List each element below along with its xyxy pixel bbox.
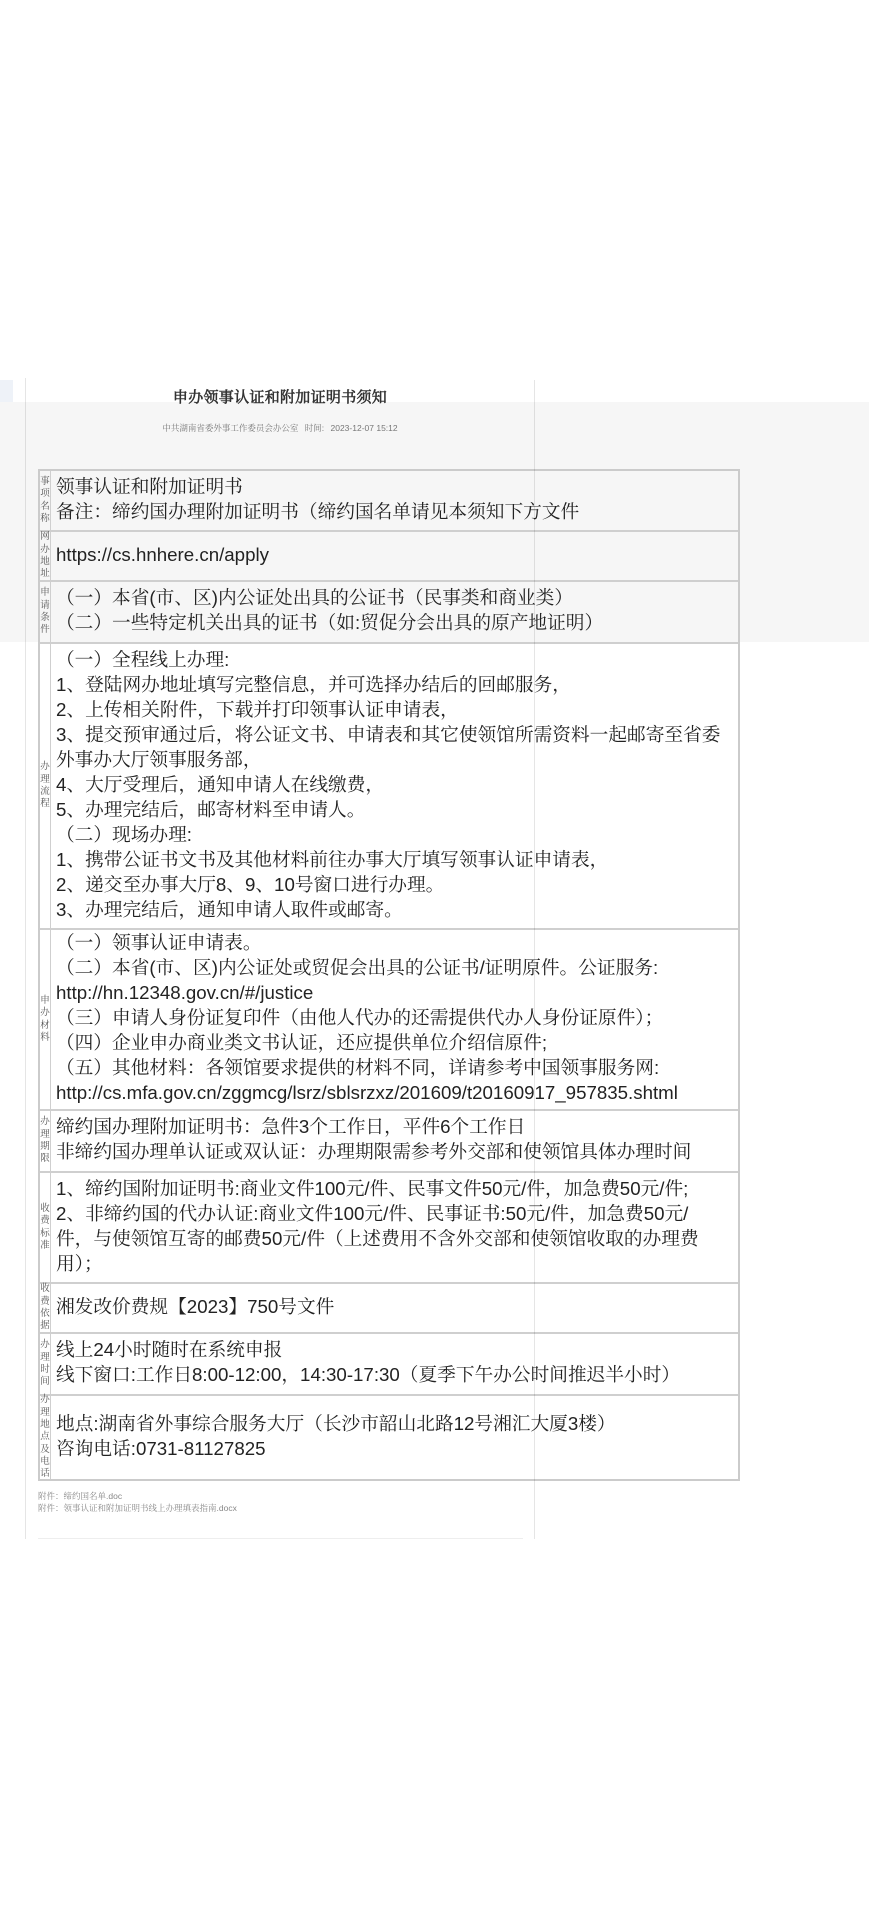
row-content: （一）全程线上办理: 1、登陆网办地址填写完整信息，并可选择办结后的回邮服务， …	[51, 644, 738, 928]
content-line: 湘发改价费规【2023】750号文件	[56, 1294, 738, 1319]
content-line: （一）全程线上办理:	[56, 647, 738, 672]
attachment-list: 附件：缔约国名单.doc 附件：领事认证和附加证明书线上办理填表指南.docx	[38, 1490, 237, 1514]
page-column-divider	[534, 380, 535, 1539]
content-line: 3、提交预审通过后，将公证文书、申请表和其它使领馆所需资料一起邮寄至省委	[56, 722, 738, 747]
content-line: 缔约国办理附加证明书：急件3个工作日，平件6个工作日	[56, 1114, 738, 1139]
table-row-location-phone: 办理地点及电话 地点:湖南省外事综合服务大厅（长沙市韶山北路12号湘汇大厦3楼）…	[40, 1394, 738, 1479]
publisher: 中共湖南省委外事工作委员会办公室	[162, 423, 298, 433]
row-label: 收费依据	[40, 1283, 50, 1332]
content-line: 地点:湖南省外事综合服务大厅（长沙市韶山北路12号湘汇大厦3楼）	[56, 1411, 738, 1436]
content-line: 线下窗口:工作日8:00-12:00，14:30-17:30（夏季下午办公时间推…	[56, 1362, 738, 1387]
row-label: 事项名称	[40, 476, 50, 525]
row-label-cell: 办理地点及电话	[40, 1396, 51, 1479]
content-line: 用）；	[56, 1251, 738, 1276]
notary-service-url: http://hn.12348.gov.cn/#/justice	[56, 980, 738, 1005]
content-line: （二）一些特定机关出具的证书（如:贸促分会出具的原产地证明）	[56, 610, 738, 635]
attachment-filename[interactable]: 领事认证和附加证明书线上办理填表指南.docx	[64, 1503, 237, 1513]
row-label: 办理时间	[40, 1339, 50, 1388]
row-content: （一）本省(市、区)内公证处出具的公证书（民事类和商业类） （二）一些特定机关出…	[51, 582, 738, 642]
content-line: （二）本省(市、区)内公证处或贸促会出具的公证书/证明原件。公证服务:	[56, 955, 738, 980]
table-row-item-name: 事项名称 领事认证和附加证明书 备注：缔约国办理附加证明书（缔约国名单请见本须知…	[40, 471, 738, 530]
content-line: 线上24小时随时在系统申报	[56, 1337, 738, 1362]
side-tab-highlight	[0, 380, 13, 402]
row-label-cell: 收费标准	[40, 1173, 51, 1282]
row-label: 办理期限	[40, 1116, 50, 1165]
row-content: 湘发改价费规【2023】750号文件	[51, 1284, 738, 1332]
table-row-deadline: 办理期限 缔约国办理附加证明书：急件3个工作日，平件6个工作日 非缔约国办理单认…	[40, 1109, 738, 1171]
row-content: https://cs.hnhere.cn/apply	[51, 532, 738, 580]
row-content: （一）领事认证申请表。 （二）本省(市、区)内公证处或贸促会出具的公证书/证明原…	[51, 930, 738, 1109]
info-table: 事项名称 领事认证和附加证明书 备注：缔约国办理附加证明书（缔约国名单请见本须知…	[38, 469, 740, 1481]
row-label: 办理地点及电话	[40, 1394, 50, 1480]
content-line: 2、递交至办事大厅8、9、10号窗口进行办理。	[56, 872, 738, 897]
table-row-online-address: 网办地址 https://cs.hnhere.cn/apply	[40, 530, 738, 580]
time-label: 时间:	[305, 423, 324, 433]
content-line: 3、办理完结后，通知申请人取件或邮寄。	[56, 897, 738, 922]
content-line: （五）其他材料：各领馆要求提供的材料不同，详请参考中国领事服务网:	[56, 1055, 738, 1080]
content-line: （一）本省(市、区)内公证处出具的公证书（民事类和商业类）	[56, 585, 738, 610]
content-line: （三）申请人身份证复印件（由他人代办的还需提供代办人身份证原件）；	[56, 1005, 738, 1030]
table-row-materials: 申办材料 （一）领事认证申请表。 （二）本省(市、区)内公证处或贸促会出具的公证…	[40, 928, 738, 1109]
online-address-url: https://cs.hnhere.cn/apply	[56, 542, 738, 567]
attachment-prefix: 附件：	[38, 1491, 64, 1501]
table-row-hours: 办理时间 线上24小时随时在系统申报 线下窗口:工作日8:00-12:00，14…	[40, 1332, 738, 1394]
table-row-fee-basis: 收费依据 湘发改价费规【2023】750号文件	[40, 1282, 738, 1332]
row-content: 线上24小时随时在系统申报 线下窗口:工作日8:00-12:00，14:30-1…	[51, 1334, 738, 1394]
content-line: 1、登陆网办地址填写完整信息，并可选择办结后的回邮服务，	[56, 672, 738, 697]
content-line: 件，与使领馆互寄的邮费50元/件（上述费用不含外交部和使领馆收取的办理费	[56, 1226, 738, 1251]
row-label: 申办材料	[40, 995, 50, 1044]
consular-service-url: http://cs.mfa.gov.cn/zggmcg/lsrz/sblsrzx…	[56, 1080, 738, 1105]
table-row-conditions: 申请条件 （一）本省(市、区)内公证处出具的公证书（民事类和商业类） （二）一些…	[40, 580, 738, 642]
row-label-cell: 办理期限	[40, 1111, 51, 1171]
attachment-link-treaty-countries[interactable]: 附件：缔约国名单.doc	[38, 1490, 237, 1502]
content-line: 备注：缔约国办理附加证明书（缔约国名单请见本须知下方文件	[56, 499, 738, 524]
row-content: 地点:湖南省外事综合服务大厅（长沙市韶山北路12号湘汇大厦3楼） 咨询电话:07…	[51, 1396, 738, 1479]
publish-time: 2023-12-07 15:12	[331, 423, 398, 433]
content-line: 2、上传相关附件，下载并打印领事认证申请表，	[56, 697, 738, 722]
row-label: 办理流程	[40, 761, 50, 810]
row-label-cell: 办理时间	[40, 1334, 51, 1394]
row-label: 收费标准	[40, 1203, 50, 1252]
content-line: （二）现场办理:	[56, 822, 738, 847]
row-content: 缔约国办理附加证明书：急件3个工作日，平件6个工作日 非缔约国办理单认证或双认证…	[51, 1111, 738, 1171]
attachment-prefix: 附件：	[38, 1503, 64, 1513]
table-row-process: 办理流程 （一）全程线上办理: 1、登陆网办地址填写完整信息，并可选择办结后的回…	[40, 642, 738, 928]
content-line: 5、办理完结后，邮寄材料至申请人。	[56, 797, 738, 822]
phone-line: 咨询电话:0731-81127825	[56, 1436, 738, 1461]
content-line: （四）企业申办商业类文书认证，还应提供单位介绍信原件;	[56, 1030, 738, 1055]
content-line: 非缔约国办理单认证或双认证：办理期限需参考外交部和使领馆具体办理时间	[56, 1139, 738, 1164]
row-label-cell: 网办地址	[40, 532, 51, 580]
content-line: （一）领事认证申请表。	[56, 930, 738, 955]
row-content: 领事认证和附加证明书 备注：缔约国办理附加证明书（缔约国名单请见本须知下方文件	[51, 471, 738, 530]
table-row-fees: 收费标准 1、缔约国附加证明书:商业文件100元/件、民事文件50元/件，加急费…	[40, 1171, 738, 1282]
row-label-cell: 申办材料	[40, 930, 51, 1109]
row-label-cell: 收费依据	[40, 1284, 51, 1332]
content-line: 外事办大厅领事服务部，	[56, 747, 738, 772]
content-line: 1、携带公证书文书及其他材料前往办事大厅填写领事认证申请表，	[56, 847, 738, 872]
attachment-filename[interactable]: 缔约国名单.doc	[64, 1491, 123, 1501]
content-bottom-divider	[38, 1538, 523, 1539]
article-meta: 中共湖南省委外事工作委员会办公室 时间: 2023-12-07 15:12	[26, 422, 534, 434]
row-content: 1、缔约国附加证明书:商业文件100元/件、民事文件50元/件，加急费50元/件…	[51, 1173, 738, 1282]
content-line: 2、非缔约国的代办认证:商业文件100元/件、民事证书:50元/件，加急费50元…	[56, 1201, 738, 1226]
content-line: 领事认证和附加证明书	[56, 474, 738, 499]
row-label: 申请条件	[40, 587, 50, 636]
row-label-cell: 办理流程	[40, 644, 51, 928]
content-line: 4、大厅受理后，通知申请人在线缴费，	[56, 772, 738, 797]
article-header: 申办领事认证和附加证明书须知 中共湖南省委外事工作委员会办公室 时间: 2023…	[26, 386, 534, 434]
attachment-link-online-guide[interactable]: 附件：领事认证和附加证明书线上办理填表指南.docx	[38, 1502, 237, 1514]
row-label-cell: 事项名称	[40, 471, 51, 530]
page-left-border	[25, 378, 26, 1539]
row-label-cell: 申请条件	[40, 582, 51, 642]
page-title: 申办领事认证和附加证明书须知	[26, 386, 534, 410]
row-label: 网办地址	[40, 531, 50, 580]
content-line: 1、缔约国附加证明书:商业文件100元/件、民事文件50元/件，加急费50元/件…	[56, 1176, 738, 1201]
